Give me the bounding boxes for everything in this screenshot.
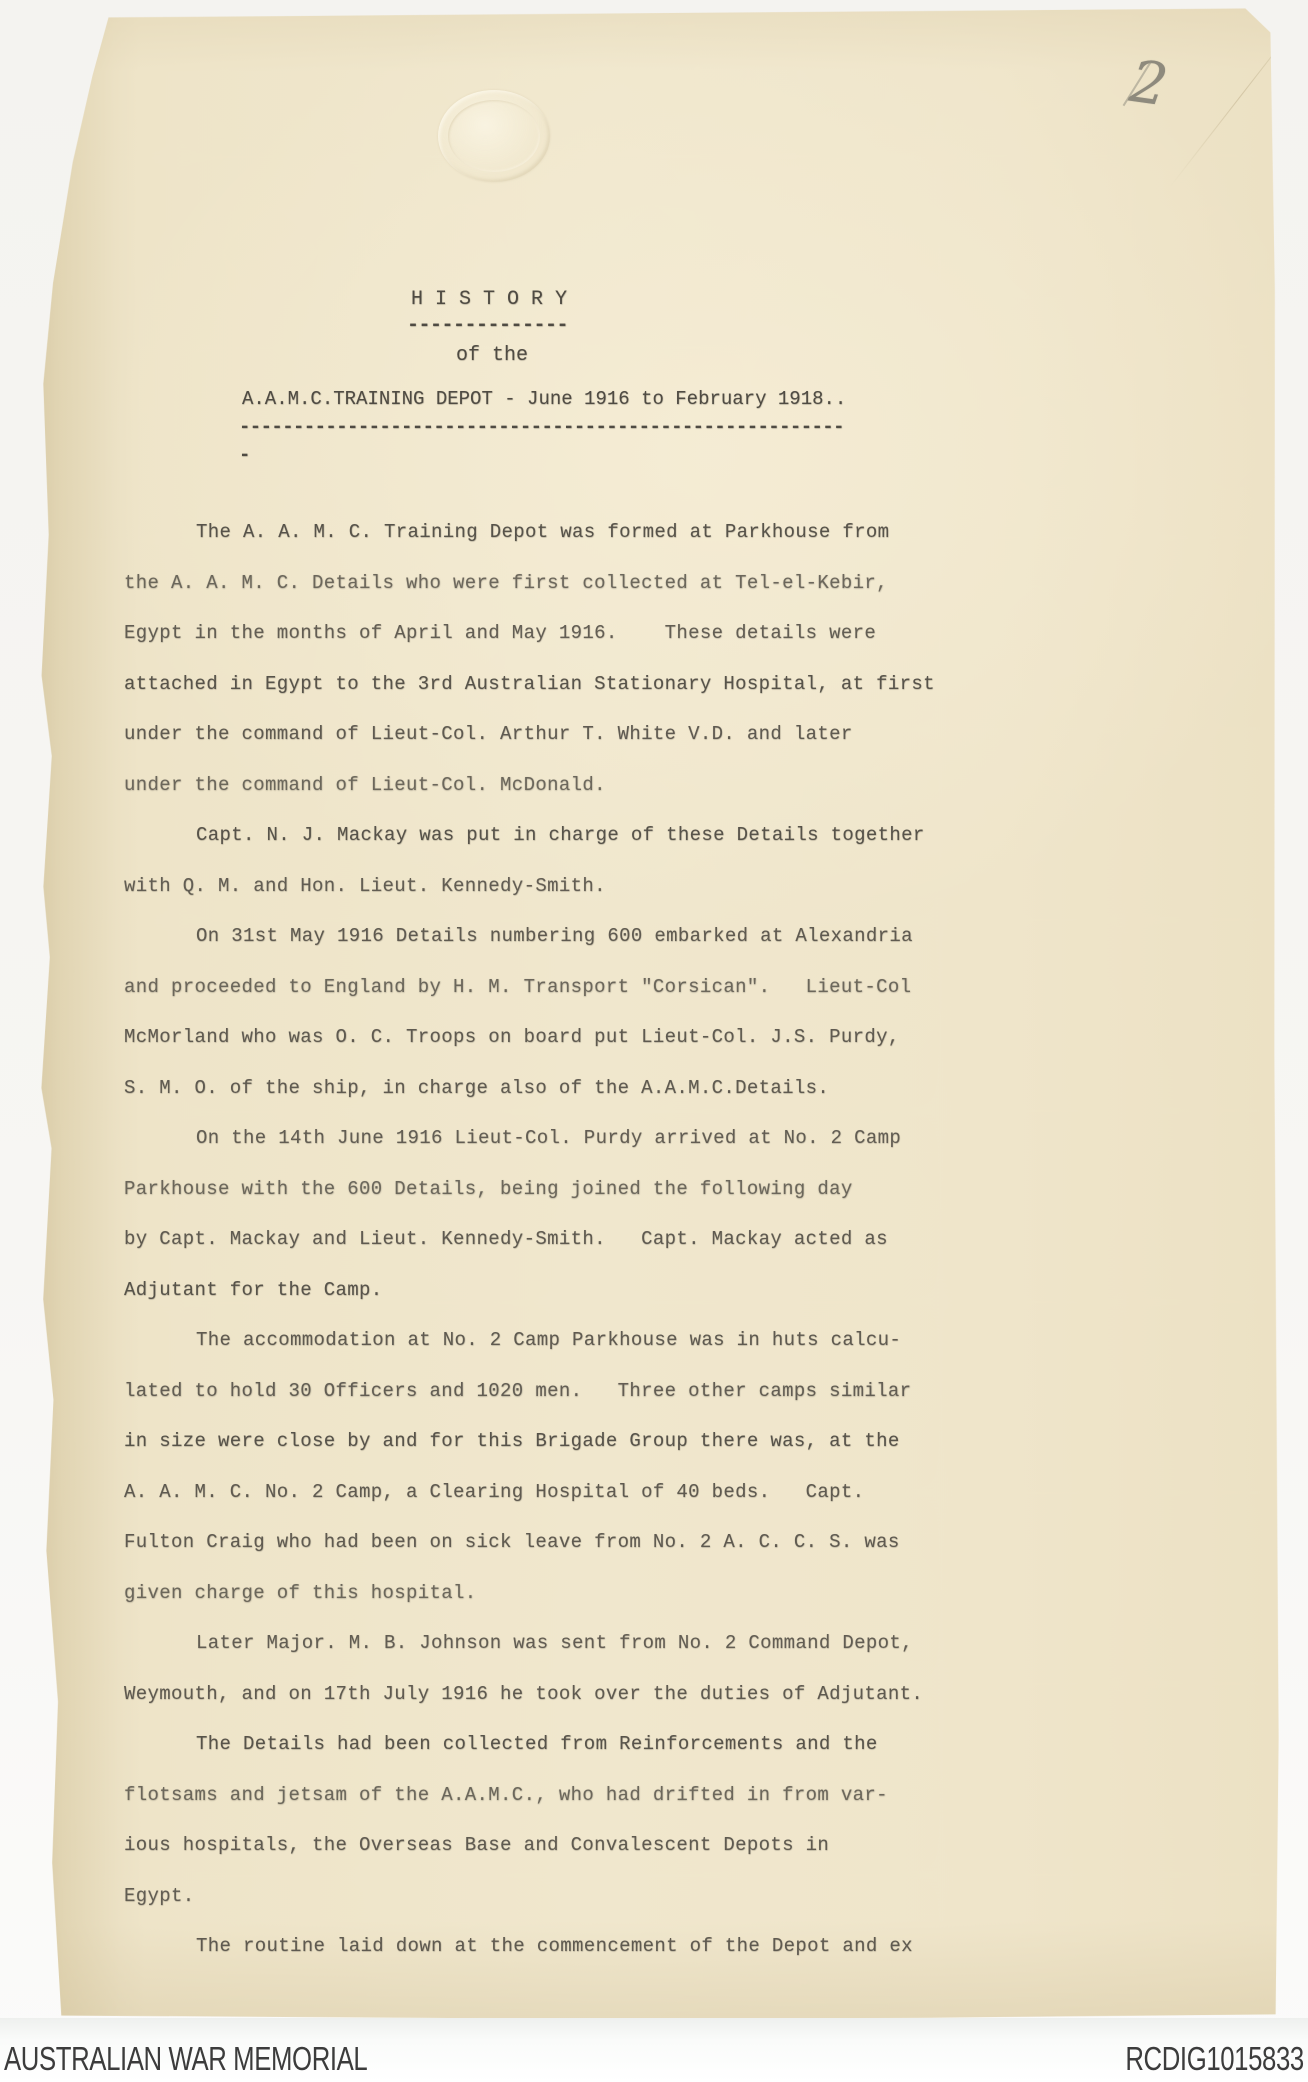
text-line: On 31st May 1916 Details numbering 600 e…: [124, 911, 924, 962]
text-line: the A. A. M. C. Details who were first c…: [124, 558, 924, 609]
depot-underline-continuation: -: [239, 444, 250, 466]
text-line: The A. A. M. C. Training Depot was forme…: [124, 507, 924, 558]
text-line: The routine laid down at the commencemen…: [124, 1921, 924, 1972]
text-line: in size were close by and for this Briga…: [124, 1416, 924, 1467]
text-line: given charge of this hospital.: [124, 1568, 924, 1619]
text-line: flotsams and jetsam of the A.A.M.C., who…: [124, 1770, 924, 1821]
text-line: S. M. O. of the ship, in charge also of …: [124, 1063, 924, 1114]
document-body: The A. A. M. C. Training Depot was forme…: [124, 507, 924, 1972]
text-line: Parkhouse with the 600 Details, being jo…: [124, 1164, 924, 1215]
text-line: Weymouth, and on 17th July 1916 he took …: [124, 1669, 924, 1720]
depot-title-underline: ----------------------------------------…: [239, 416, 844, 438]
text-line: ious hospitals, the Overseas Base and Co…: [124, 1820, 924, 1871]
text-line: lated to hold 30 Officers and 1020 men. …: [124, 1366, 924, 1417]
text-line: by Capt. Mackay and Lieut. Kennedy-Smith…: [124, 1214, 924, 1265]
text-line: Egypt.: [124, 1871, 924, 1922]
text-line: Capt. N. J. Mackay was put in charge of …: [124, 810, 924, 861]
document-title: H I S T O R Y: [411, 288, 567, 311]
text-line: under the command of Lieut-Col. Arthur T…: [124, 709, 924, 760]
depot-title: A.A.M.C.TRAINING DEPOT - June 1916 to Fe…: [242, 388, 846, 410]
scan-background: 2 H I S T O R Y -------------- of the A.…: [0, 0, 1308, 2082]
text-line: Adjutant for the Camp.: [124, 1265, 924, 1316]
text-line: and proceeded to England by H. M. Transp…: [124, 962, 924, 1013]
text-line: Later Major. M. B. Johnson was sent from…: [124, 1618, 924, 1669]
text-line: McMorland who was O. C. Troops on board …: [124, 1012, 924, 1063]
title-subheading: of the: [456, 344, 528, 367]
text-line: The Details had been collected from Rein…: [124, 1719, 924, 1770]
text-line: Egypt in the months of April and May 191…: [124, 608, 924, 659]
title-underline: --------------: [407, 314, 568, 337]
text-line: attached in Egypt to the 3rd Australian …: [124, 659, 924, 710]
text-line: On the 14th June 1916 Lieut-Col. Purdy a…: [124, 1113, 924, 1164]
text-line: Fulton Craig who had been on sick leave …: [124, 1517, 924, 1568]
text-line: with Q. M. and Hon. Lieut. Kennedy-Smith…: [124, 861, 924, 912]
text-line: The accommodation at No. 2 Camp Parkhous…: [124, 1315, 924, 1366]
text-line: under the command of Lieut-Col. McDonald…: [124, 760, 924, 811]
catalog-id: RCDIG1015833: [1126, 2040, 1304, 2078]
footer-bar: AUSTRALIAN WAR MEMORIAL RCDIG1015833: [0, 2018, 1308, 2082]
text-line: A. A. M. C. No. 2 Camp, a Clearing Hospi…: [124, 1467, 924, 1518]
archive-name: AUSTRALIAN WAR MEMORIAL: [4, 2040, 367, 2078]
